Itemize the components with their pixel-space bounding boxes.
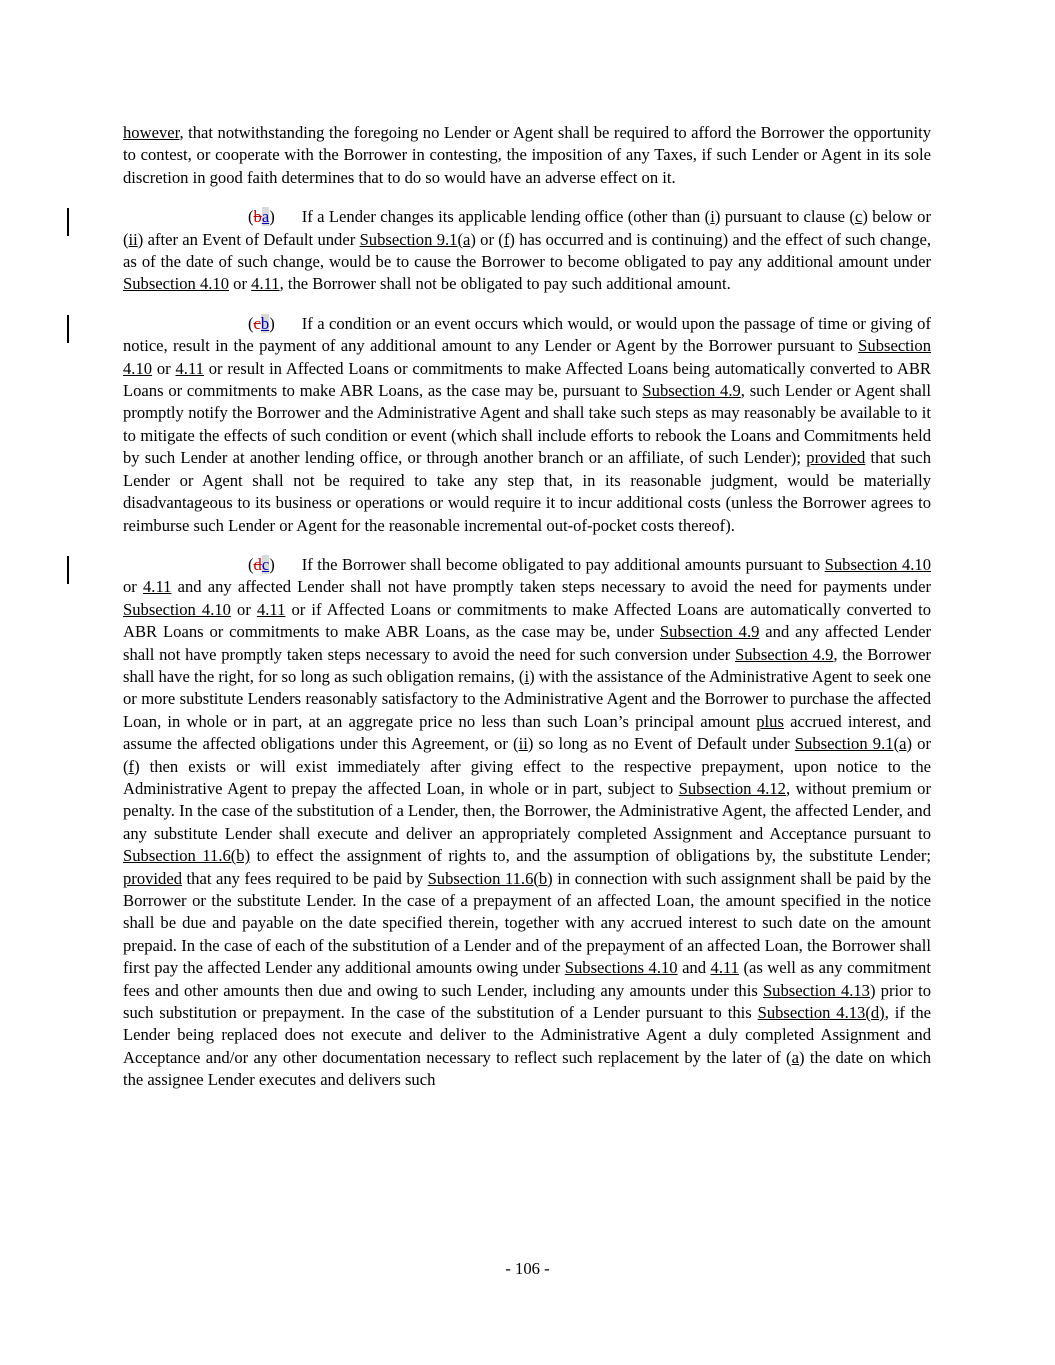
underlined-text: Subsection 11.6(b)	[428, 869, 553, 888]
underlined-text: provided	[806, 448, 865, 467]
change-bar	[67, 556, 69, 584]
change-bar	[67, 208, 69, 236]
text-run: or	[229, 274, 251, 293]
deleted-text: c	[254, 314, 261, 333]
text-run: ) after an Event of Default under	[138, 230, 360, 249]
underlined-text: 4.11	[251, 274, 279, 293]
deleted-text: d	[254, 555, 262, 574]
underlined-text: 4.11	[711, 958, 739, 977]
underlined-text: plus	[756, 712, 784, 731]
text-run: ) pursuant to clause (	[715, 207, 855, 226]
underlined-text: however	[123, 123, 179, 142]
underlined-text: provided	[123, 869, 182, 888]
underlined-text: 4.11	[176, 359, 204, 378]
underlined-text: ii	[129, 230, 138, 249]
document-body: however, that notwithstanding the forego…	[123, 122, 931, 1109]
change-bar	[67, 315, 69, 343]
underlined-text: Subsection 4.9	[642, 381, 740, 400]
underlined-text: ii	[519, 734, 528, 753]
text-run: to effect the assignment of rights to, a…	[250, 846, 931, 865]
text-run: or	[152, 359, 175, 378]
text-run: ) so long as no Event of Default under	[528, 734, 795, 753]
text-run: If the Borrower shall become obligated t…	[302, 555, 825, 574]
underlined-text: a	[792, 1048, 799, 1067]
text-run: ) or (	[470, 230, 504, 249]
text-run: If a condition or an event occurs which …	[123, 314, 931, 355]
text-run: )	[269, 314, 275, 333]
underlined-text: Subsection 4.12	[679, 779, 786, 798]
text-run: , the Borrower shall not be obligated to…	[280, 274, 731, 293]
paragraph-clause-b: (cb)If a condition or an event occurs wh…	[123, 313, 931, 537]
text-run: )	[269, 207, 275, 226]
underlined-text: 4.11	[257, 600, 285, 619]
underlined-text: Subsection 4.9	[660, 622, 759, 641]
inserted-text: b	[261, 314, 269, 333]
underlined-text: Subsection 9.1	[795, 734, 894, 753]
text-run: If a Lender changes its applicable lendi…	[302, 207, 710, 226]
underlined-text: Subsection 4.9	[735, 645, 833, 664]
underlined-text: Subsections 4.10	[565, 958, 678, 977]
text-run: and any affected Lender shall not have p…	[171, 577, 931, 596]
text-run: that any fees required to be paid by	[182, 869, 428, 888]
underlined-text: 4.11	[143, 577, 171, 596]
underlined-text: Subsection 11.6(b)	[123, 846, 250, 865]
paragraph-clause-c: (dc)If the Borrower shall become obligat…	[123, 554, 931, 1092]
underlined-text: Subsection 4.10	[123, 600, 231, 619]
text-run: or	[123, 577, 143, 596]
paragraph-continuation: however, that notwithstanding the forego…	[123, 122, 931, 189]
underlined-text: Subsection 4.13(d)	[758, 1003, 885, 1022]
text-run: )	[269, 555, 275, 574]
underlined-text: Subsection 4.13	[763, 981, 870, 1000]
page-number: - 106 -	[0, 1258, 1055, 1280]
text-run: and	[678, 958, 711, 977]
underlined-text: Subsection 4.10	[123, 274, 229, 293]
paragraph-clause-a: (ba)If a Lender changes its applicable l…	[123, 206, 931, 296]
text-run: or	[231, 600, 257, 619]
deleted-text: b	[254, 207, 262, 226]
text-run: , that notwithstanding the foregoing no …	[123, 123, 931, 187]
underlined-text: Subsection 4.10	[825, 555, 931, 574]
underlined-text: Subsection 9.1	[360, 230, 458, 249]
